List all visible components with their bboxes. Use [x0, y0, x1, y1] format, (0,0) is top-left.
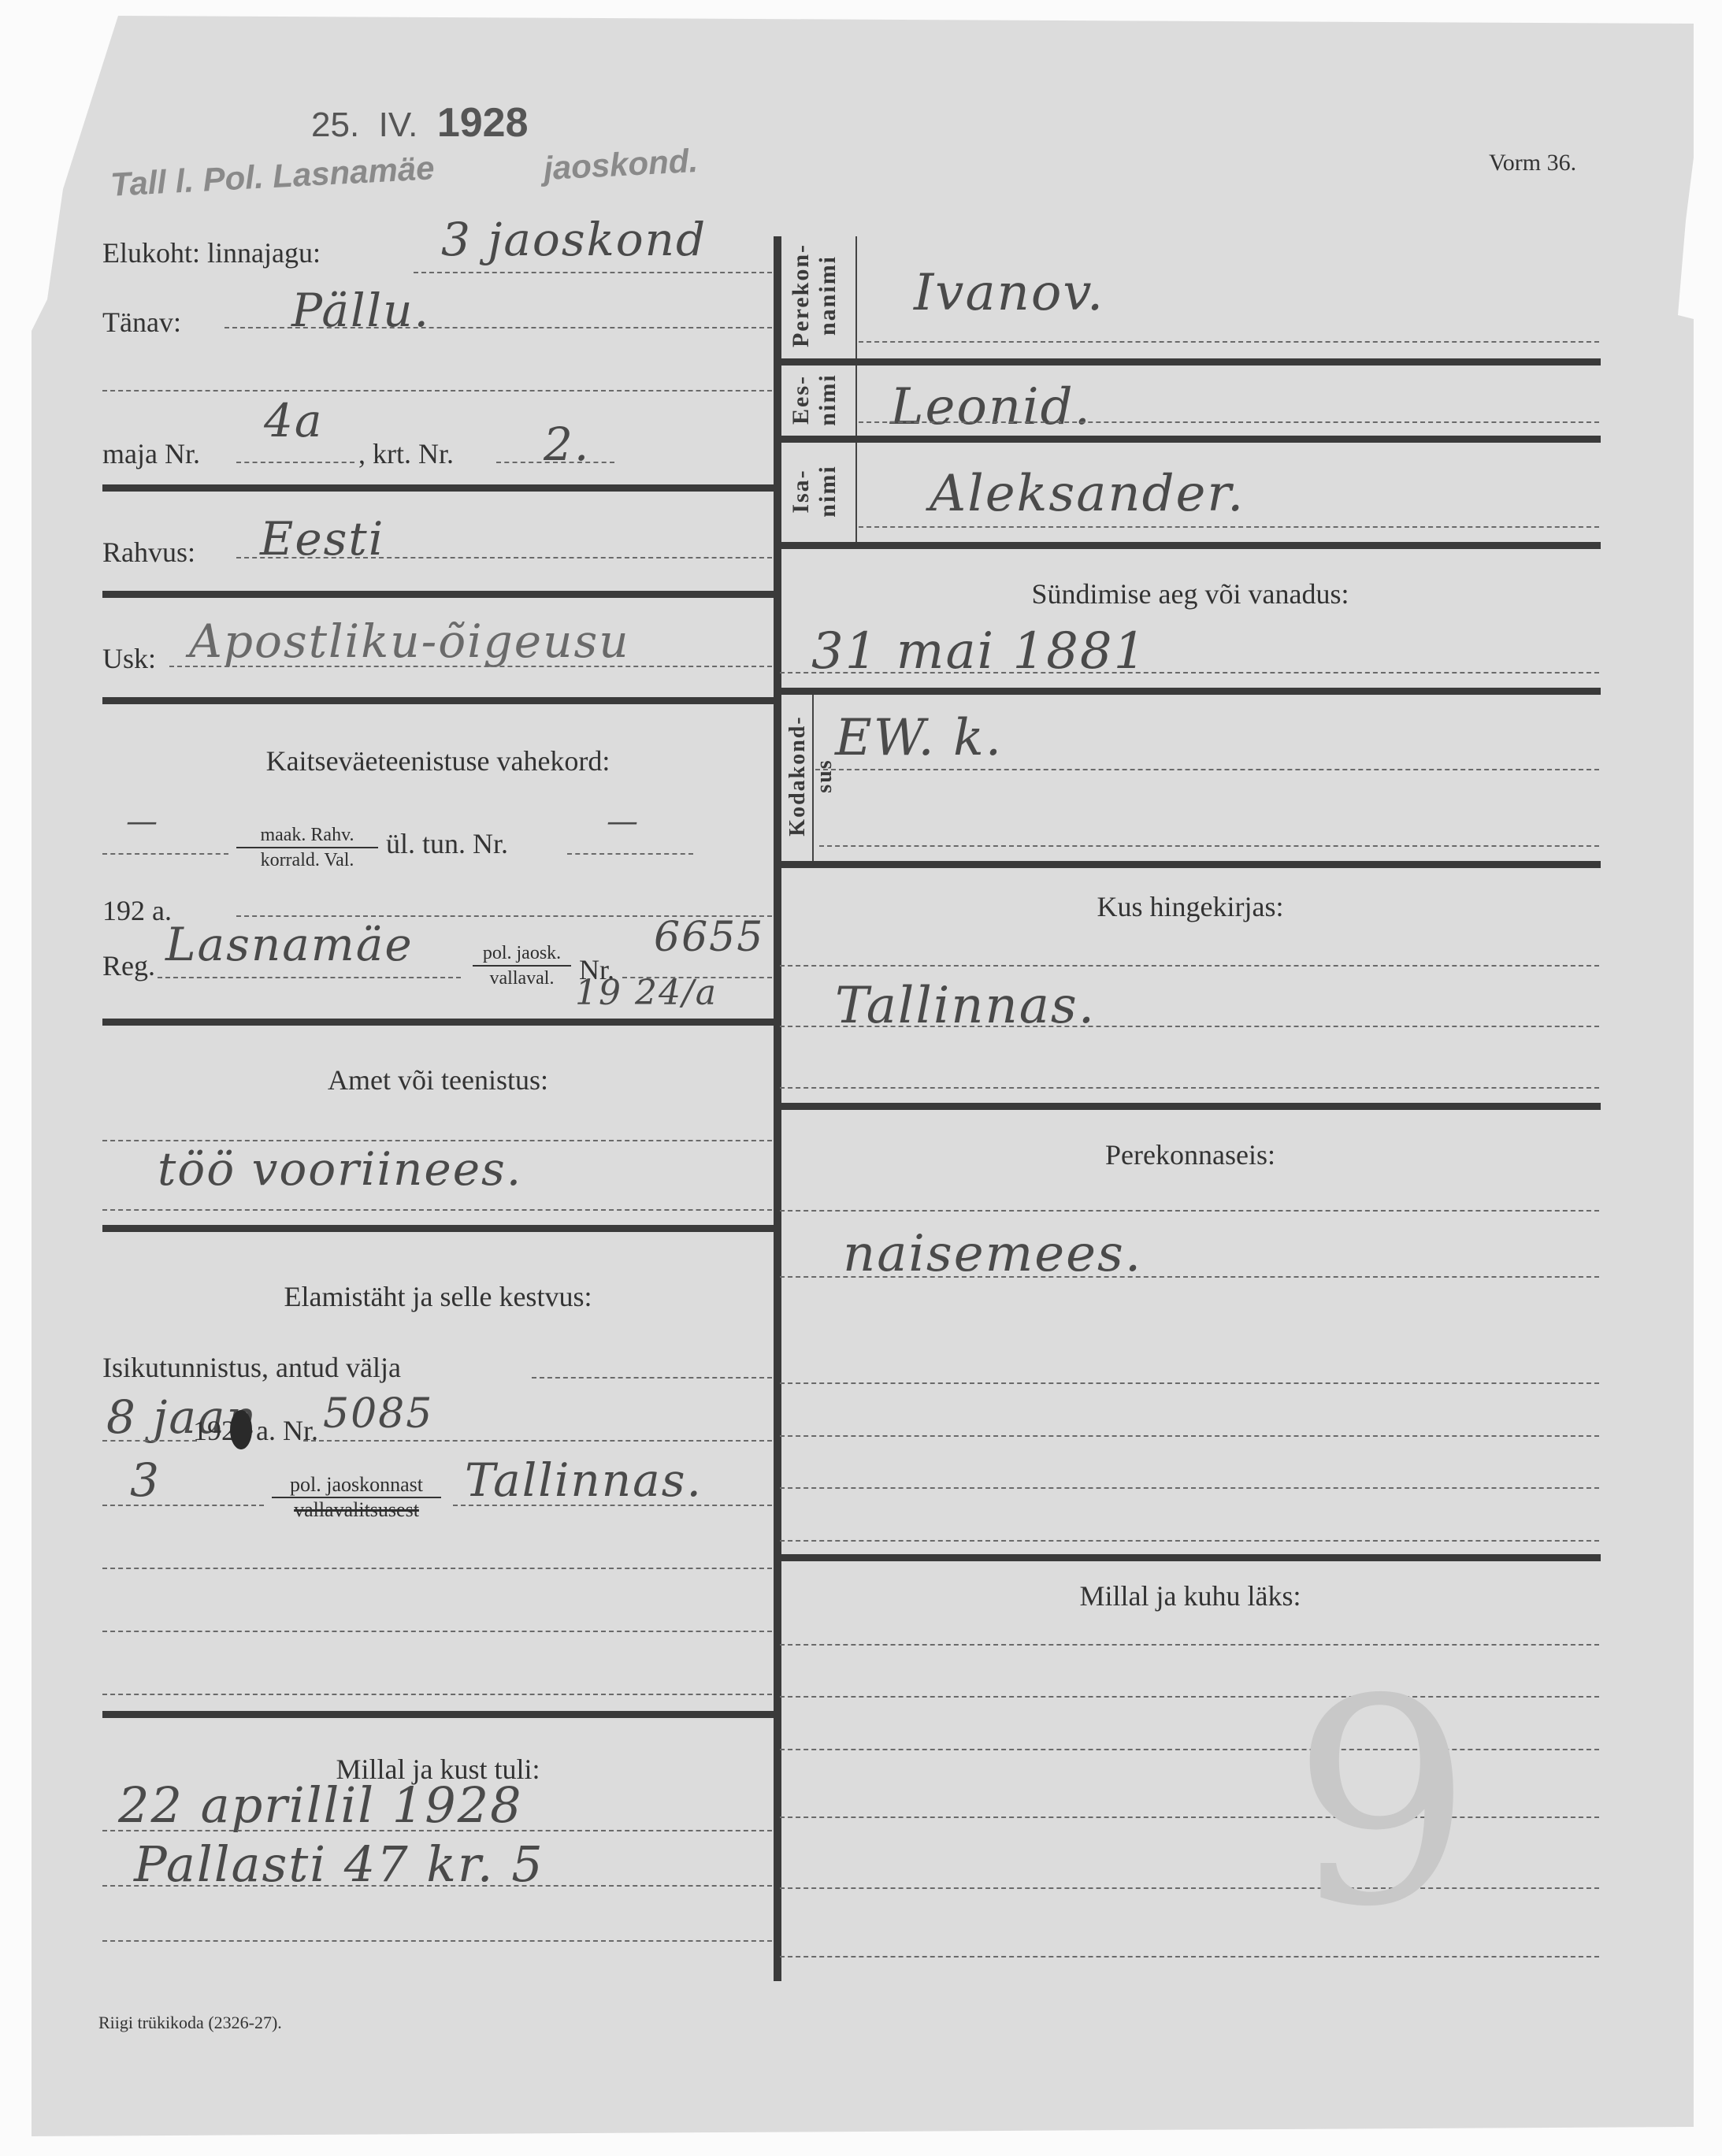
tuli-dots-2 — [102, 1885, 772, 1887]
perekonnaseis-line-1 — [780, 1210, 1599, 1212]
laks-line-3 — [780, 1749, 1599, 1750]
laks-line-1 — [780, 1644, 1599, 1646]
kodakondsus-value[interactable]: EW. k. — [835, 709, 1003, 767]
reg-value[interactable]: Lasnamäe — [165, 918, 414, 971]
frac3-top: pol. jaoskonnast — [272, 1473, 441, 1498]
tuli-dots-1 — [102, 1830, 772, 1831]
amet-line-2 — [102, 1209, 772, 1211]
krt-value[interactable]: 2. — [544, 417, 590, 471]
elamis-line-2 — [102, 1631, 772, 1632]
form-number: Vorm 36. — [1489, 150, 1576, 176]
rahvus-label: Rahvus: — [102, 536, 195, 569]
rahvus-value[interactable]: Eesti — [260, 512, 384, 566]
eesnimi-line — [859, 421, 1599, 423]
rule — [102, 697, 774, 704]
reg-nr-value[interactable]: 6655 — [654, 914, 764, 961]
maja-line — [236, 462, 354, 463]
hingekiri-title: Kus hingekirjas: — [780, 890, 1601, 923]
rule — [780, 1103, 1601, 1110]
stamp-day: 25. — [311, 106, 359, 144]
stamp-month: IV. — [379, 106, 418, 144]
rule — [102, 484, 774, 492]
perekonnaseis-line-5 — [780, 1487, 1599, 1489]
name-label-divider — [855, 236, 857, 544]
rule — [780, 1554, 1601, 1561]
amet-title: Amet või teenistus: — [102, 1063, 774, 1097]
rule — [102, 1019, 774, 1026]
isikut-jaosk-value[interactable]: 3 — [130, 1453, 161, 1507]
usk-label: Usk: — [102, 642, 156, 675]
usk-value[interactable]: Apostliku-õigeusu — [189, 614, 630, 668]
kaitse-line-left — [102, 853, 228, 855]
address-extra-line — [102, 390, 772, 391]
rule — [780, 436, 1601, 443]
kaitse-title: Kaitseväeteenistuse vahekord: — [102, 744, 774, 777]
rule — [780, 688, 1601, 695]
elamis-line-1 — [102, 1568, 772, 1569]
tanav-value[interactable]: Pällu. — [291, 284, 430, 337]
maja-value[interactable]: 4a — [264, 394, 323, 447]
tuli-dots-3 — [102, 1940, 772, 1942]
laks-line-2 — [780, 1696, 1599, 1698]
isikut-nr-value[interactable]: 5085 — [323, 1390, 433, 1438]
isanimi-label: Isa- nimi — [788, 442, 841, 540]
hingekiri-line-2 — [780, 1026, 1599, 1027]
isikut-jaosk-line — [102, 1505, 264, 1506]
kodakondsus-label: Kodakond- sus — [785, 705, 838, 847]
frac3-bottom: vallavalitsusest — [294, 1498, 419, 1521]
maak-korrald-fraction: maak. Rahv. korrald. Val. — [236, 823, 378, 872]
perekonnanimi-label: Perekon- nanimi — [788, 236, 841, 354]
laks-line-4 — [780, 1816, 1599, 1818]
reg-nr-sub[interactable]: 19 24/a — [575, 973, 718, 1013]
reg-line — [158, 977, 461, 978]
rule — [102, 1711, 774, 1718]
hingekiri-line-3 — [780, 1087, 1599, 1089]
isikut-a-nr: a. Nr. — [256, 1414, 318, 1447]
maja-label: maja Nr. — [102, 437, 200, 470]
eesnimi-label: Ees- nimi — [788, 362, 841, 437]
elamis-line-3 — [102, 1694, 772, 1695]
isikut-place-line — [453, 1505, 772, 1506]
perekonnaseis-value[interactable]: naisemees. — [843, 1225, 1142, 1283]
krt-label: , krt. Nr. — [358, 437, 454, 470]
amet-value[interactable]: töö vooriinees. — [158, 1142, 522, 1196]
ul-tun-value: — — [607, 803, 640, 840]
kaitse-dash-left: — — [126, 803, 159, 840]
sund-title: Sündimise aeg või vanadus: — [780, 577, 1601, 610]
elukoht-value[interactable]: 3 jaoskond — [441, 213, 707, 266]
rule — [780, 542, 1601, 549]
perekonnaseis-line-4 — [780, 1435, 1599, 1437]
laks-line-6 — [780, 1956, 1599, 1957]
pol-vallaval-fraction: pol. jaoskonnast vallavalitsusest — [272, 1473, 441, 1522]
elukoht-line — [414, 272, 772, 273]
frac1-bottom: korrald. Val. — [261, 850, 354, 870]
frac1-top: maak. Rahv. — [236, 823, 378, 848]
ul-tun-line — [567, 853, 693, 855]
stamp-year: 1928 — [437, 100, 529, 146]
perekonnaseis-line-6 — [780, 1540, 1599, 1542]
pencil-mark: 9 — [1292, 1638, 1474, 1969]
elukoht-label: Elukoht: linnajagu: — [102, 236, 321, 269]
perekonnanimi-value[interactable]: Ivanov. — [914, 264, 1104, 322]
rule — [102, 1225, 774, 1232]
stamp-date: 25. IV. 1928 — [311, 99, 529, 147]
elamis-title: Elamistäht ja selle kestvus: — [102, 1280, 774, 1313]
hingekiri-line-1 — [780, 965, 1599, 967]
stamp-org-right: jaoskond. — [543, 142, 699, 187]
year-label: 192 a. — [102, 894, 172, 927]
perekonnaseis-line-3 — [780, 1382, 1599, 1384]
isanimi-line — [859, 526, 1599, 528]
frac2-top: pol. jaosk. — [473, 941, 571, 967]
isikut-place[interactable]: Tallinnas. — [465, 1453, 703, 1507]
tanav-label: Tänav: — [102, 306, 181, 339]
eesnimi-value[interactable]: Leonid. — [890, 378, 1092, 436]
rule — [780, 358, 1601, 366]
isikut-label: Isikutunnistus, antud välja — [102, 1351, 401, 1384]
isanimi-value[interactable]: Aleksander. — [930, 465, 1245, 523]
kodakondsus-line-1 — [815, 769, 1599, 770]
ink-blot — [230, 1410, 252, 1449]
kodakondsus-line-2 — [819, 845, 1599, 847]
pol-jaosk-fraction: pol. jaosk. vallaval. — [473, 941, 571, 990]
isikut-nr-line — [303, 1440, 772, 1442]
printer-imprint: Riigi trükikoda (2326-27). — [98, 2013, 282, 2033]
isikut-year: 192 — [193, 1414, 236, 1447]
frac2-bottom: vallaval. — [490, 968, 555, 989]
perekonnaseis-line-2 — [780, 1276, 1599, 1278]
ul-tun-label: ül. tun. Nr. — [386, 827, 508, 860]
rule — [780, 861, 1601, 868]
isikut-line — [532, 1377, 772, 1379]
laks-title: Millal ja kuhu läks: — [780, 1579, 1601, 1612]
reg-label: Reg. — [102, 949, 155, 982]
isikut-date-line — [102, 1440, 197, 1442]
perekonnanimi-line — [859, 341, 1599, 343]
tuli-line-1[interactable]: 22 aprillil 1928 — [118, 1776, 523, 1834]
amet-line-1 — [102, 1140, 772, 1141]
perekonnaseis-title: Perekonnaseis: — [780, 1138, 1601, 1171]
laks-line-5 — [780, 1887, 1599, 1889]
sund-line — [780, 672, 1599, 674]
rule — [102, 591, 774, 598]
